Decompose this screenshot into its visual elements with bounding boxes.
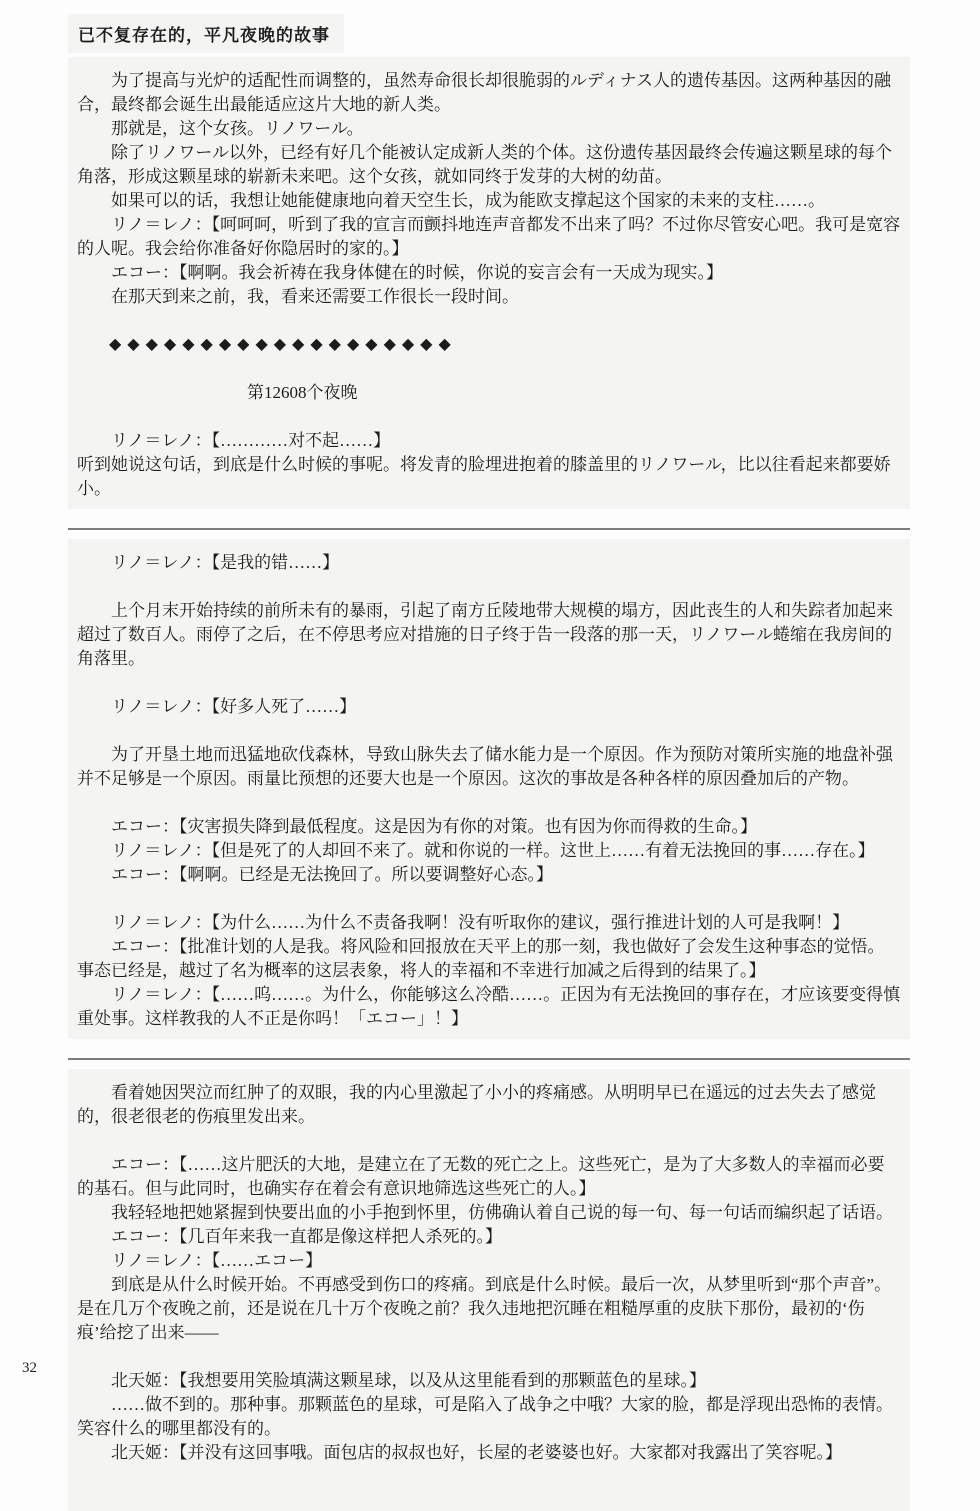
paragraph: 为了开垦土地而迅猛地砍伐森林，导致山脉失去了储水能力是一个原因。作为预防对策所实… (77, 743, 901, 791)
diamond-divider: ◆ ◆ ◆ ◆ ◆ ◆ ◆ ◆ ◆ ◆ ◆ ◆ ◆ ◆ ◆ ◆ ◆ ◆ ◆ (109, 333, 901, 357)
night-heading: 第12608个夜晚 (77, 381, 901, 405)
text-section-2: リノ＝レノ：【是我的错……】上个月末开始持续的前所未有的暴雨，引起了南方丘陵地带… (68, 539, 910, 1039)
text-section-1: 为了提高与光炉的适配性而调整的，虽然寿命很长却很脆弱的ルディナス人的遗传基因。这… (68, 57, 910, 509)
paragraph: 北天姬：【我想要用笑脸填满这颗星球，以及从这里能看到的那颗蓝色的星球。】 (77, 1369, 901, 1393)
document-page: 已不复存在的，平凡夜晚的故事 为了提高与光炉的适配性而调整的，虽然寿命很长却很脆… (68, 14, 910, 1511)
paragraph: リノ＝レノ：【为什么……为什么不责备我啊！没有听取你的建议，强行推进计划的人可是… (77, 911, 901, 935)
paragraph: 上个月末开始持续的前所未有的暴雨，引起了南方丘陵地带大规模的塌方，因此丧生的人和… (77, 599, 901, 671)
section-divider (68, 1058, 910, 1060)
paragraph: 北天姬：【并没有这回事哦。面包店的叔叔也好，长屋的老婆婆也好。大家都对我露出了笑… (77, 1441, 901, 1465)
paragraph: 除了リノワール以外，已经有好几个能被认定成新人类的个体。这份遗传基因最终会传遍这… (77, 141, 901, 189)
paragraph: エコー：【批准计划的人是我。将风险和回报放在天平上的那一刻，我也做好了会发生这种… (77, 935, 901, 983)
paragraph: 看着她因哭泣而红肿了的双眼，我的内心里激起了小小的疼痛感。从明明早已在遥远的过去… (77, 1081, 901, 1129)
paragraph: 到底是从什么时候开始。不再感受到伤口的疼痛。到底是什么时候。最后一次，从梦里听到… (77, 1273, 901, 1345)
paragraph: リノ＝レノ：【呵呵呵，听到了我的宣言而颤抖地连声音都发不出来了吗？不过你尽管安心… (77, 213, 901, 261)
section-divider (68, 528, 910, 530)
paragraph: ……做不到的。那种事。那颗蓝色的星球，可是陷入了战争之中哦？大家的脸，都是浮现出… (77, 1393, 901, 1441)
paragraph: リノ＝レノ：【但是死了的人却回不来了。就和你说的一样。这世上……有着无法挽回的事… (77, 839, 901, 863)
paragraph: リノ＝レノ：【……エコー】 (77, 1249, 901, 1273)
paragraph: リノ＝レノ：【……呜……。为什么，你能够这么冷酷……。正因为有无法挽回的事存在，… (77, 983, 901, 1031)
paragraph: 我轻轻地把她紧握到快要出血的小手抱到怀里，仿佛确认着自己说的每一句、每一句话而编… (77, 1201, 901, 1225)
paragraph: エコー：【啊啊。已经是无法挽回了。所以要调整好心态。】 (77, 863, 901, 887)
paragraph: 为了提高与光炉的适配性而调整的，虽然寿命很长却很脆弱的ルディナス人的遗传基因。这… (77, 69, 901, 117)
paragraph: 听到她说这句话，到底是什么时候的事呢。将发青的脸埋进抱着的膝盖里的リノワール，比… (77, 453, 901, 501)
paragraph: エコー：【灾害损失降到最低程度。这是因为有你的对策。也有因为你而得救的生命。】 (77, 815, 901, 839)
paragraph: 那就是，这个女孩。リノワール。 (77, 117, 901, 141)
paragraph: 在那天到来之前，我，看来还需要工作很长一段时间。 (77, 285, 901, 309)
paragraph: リノ＝レノ：【好多人死了……】 (77, 695, 901, 719)
paragraph: エコー：【几百年来我一直都是像这样把人杀死的。】 (77, 1225, 901, 1249)
paragraph: エコー：【……这片肥沃的大地，是建立在了无数的死亡之上。这些死亡，是为了大多数人… (77, 1153, 901, 1201)
page-number: 32 (22, 1360, 37, 1377)
page-title: 已不复存在的，平凡夜晚的故事 (68, 14, 344, 53)
paragraph: 如果可以的话，我想让她能健康地向着天空生长，成为能欧支撑起这个国家的未来的支柱…… (77, 189, 901, 213)
text-section-3: 看着她因哭泣而红肿了的双眼，我的内心里激起了小小的疼痛感。从明明早已在遥远的过去… (68, 1069, 910, 1511)
paragraph: リノ＝レノ：【是我的错……】 (77, 551, 901, 575)
paragraph: リノ＝レノ：【…………对不起……】 (77, 429, 901, 453)
paragraph: エコー：【啊啊。我会祈祷在我身体健在的时候，你说的妄言会有一天成为现实。】 (77, 261, 901, 285)
